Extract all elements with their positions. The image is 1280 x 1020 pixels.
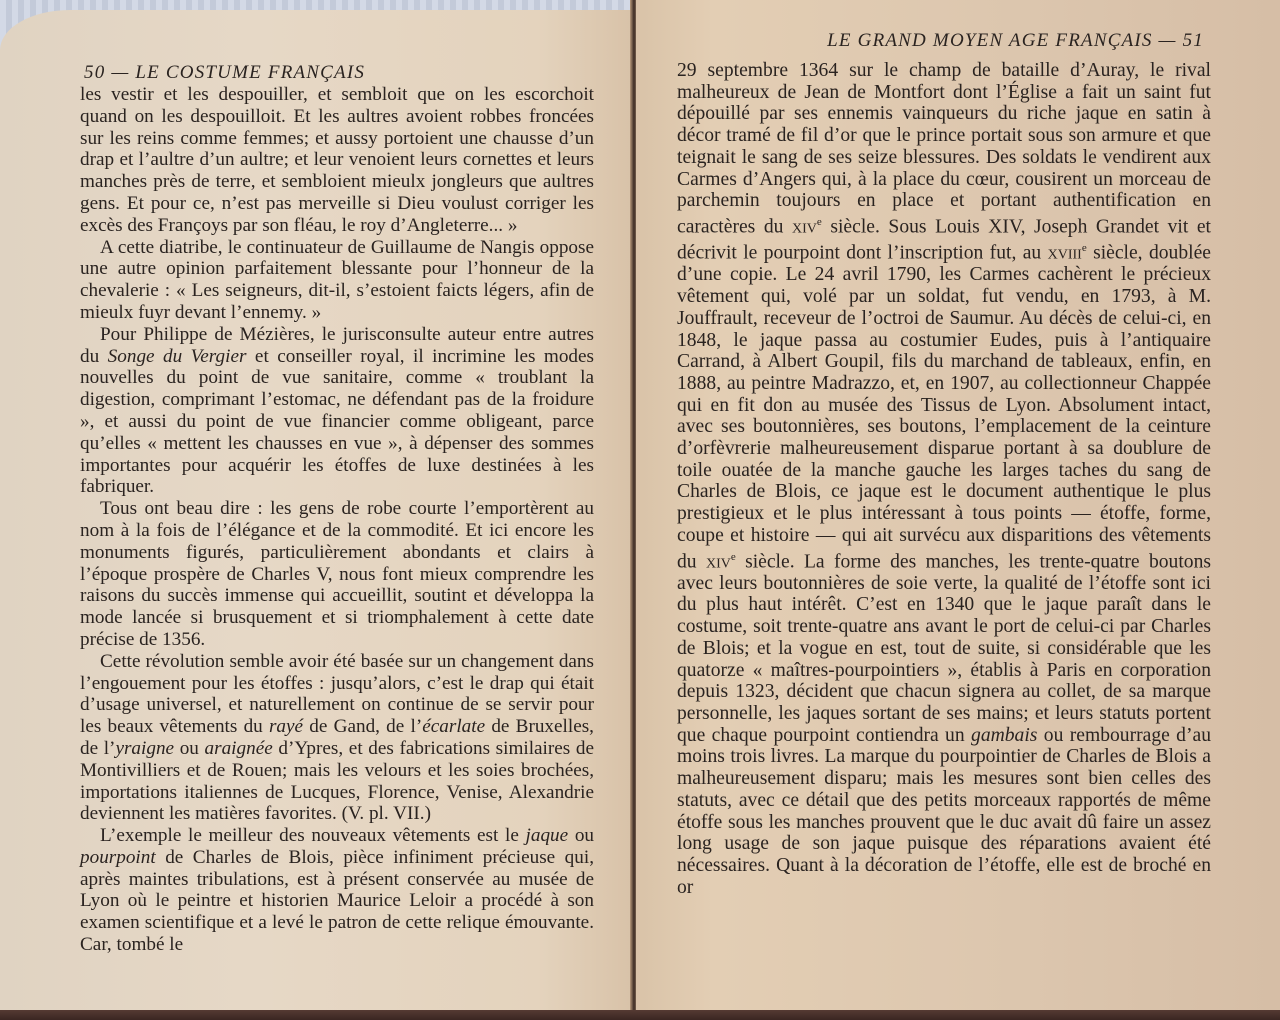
small-caps-numeral: xiv [706,551,731,572]
italic-term: écarlate [422,716,485,737]
superscript: e [817,216,822,228]
superscript: e [1082,242,1087,254]
italic-term: gambais [971,725,1037,746]
left-page: 50 — LE COSTUME FRANÇAIS les vestir et l… [0,10,633,1010]
paragraph: A cette diatribe, le continuateur de Gui… [80,237,594,324]
paragraph: les vestir et les despouiller, et semblo… [80,84,594,237]
italic-term: rayé [269,716,303,737]
right-page-text: 29 septembre 1364 sur le champ de batail… [677,60,1211,898]
superscript: e [731,551,736,563]
italic-title: Songe du Vergier [108,346,247,367]
left-page-text: les vestir et les despouiller, et semblo… [80,84,594,956]
paragraph: 29 septembre 1364 sur le champ de batail… [677,60,1211,898]
left-running-head: 50 — LE COSTUME FRANÇAIS [84,62,365,84]
small-caps-numeral: xviii [1048,243,1082,264]
italic-term: pourpoint [80,847,156,868]
paragraph: L’exemple le meilleur des nouveaux vêtem… [80,825,594,956]
small-caps-numeral: xiv [792,216,817,237]
italic-term: yraigne [115,738,174,759]
right-running-head: LE GRAND MOYEN AGE FRANÇAIS — 51 [827,30,1204,52]
open-book: 50 — LE COSTUME FRANÇAIS les vestir et l… [0,0,1280,1010]
paragraph: Tous ont beau dire : les gens de robe co… [80,498,594,651]
paragraph: Pour Philippe de Mézières, le jurisconsu… [80,324,594,498]
paragraph: Cette révolution semble avoir été basée … [80,651,594,825]
italic-term: araignée [205,738,273,759]
italic-term: jaque [526,825,569,846]
